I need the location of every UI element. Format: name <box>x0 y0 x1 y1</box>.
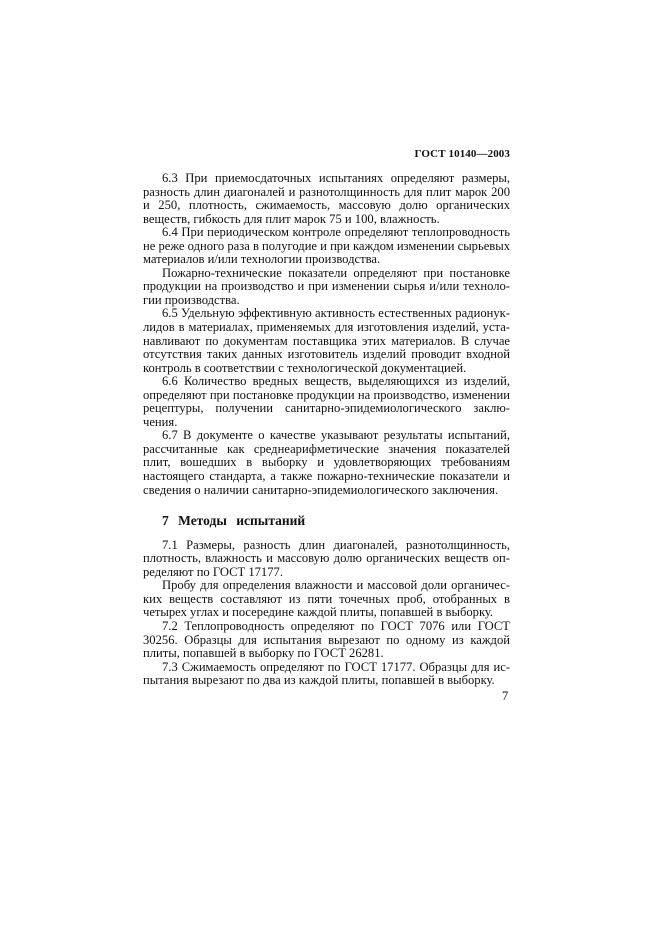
paragraph-7-2: 7.2 Теплопроводность определяют по ГОСТ … <box>143 620 510 661</box>
standard-header: ГОСТ 10140—2003 <box>415 148 510 160</box>
paragraph-6-5: 6.5 Удельную эффективную активность есте… <box>143 307 510 375</box>
paragraph-6-3: 6.3 При приемосдаточных испытаниях опред… <box>143 172 510 226</box>
paragraph-6-4: 6.4 При периодическом контроле определяю… <box>143 226 510 267</box>
paragraph-7-3: 7.3 Сжимаемость определяют по ГОСТ 17177… <box>143 661 510 688</box>
section-7-heading: 7 Методы испытаний <box>143 514 510 528</box>
paragraph-7-1-sample: Пробу для определения влажности и массов… <box>143 579 510 620</box>
paragraph-6-6: 6.6 Количество вредных веществ, выделяющ… <box>143 375 510 429</box>
paragraph-6-4-fire: Пожарно-технические показатели определяю… <box>143 267 510 308</box>
paragraph-6-7: 6.7 В документе о качестве указывают рез… <box>143 429 510 497</box>
paragraph-7-1: 7.1 Размеры, разность длин диагоналей, р… <box>143 539 510 580</box>
document-page: ГОСТ 10140—2003 6.3 При приемосдаточных … <box>0 0 661 935</box>
document-body: 6.3 При приемосдаточных испытаниях опред… <box>143 172 510 688</box>
page-number: 7 <box>502 689 508 704</box>
